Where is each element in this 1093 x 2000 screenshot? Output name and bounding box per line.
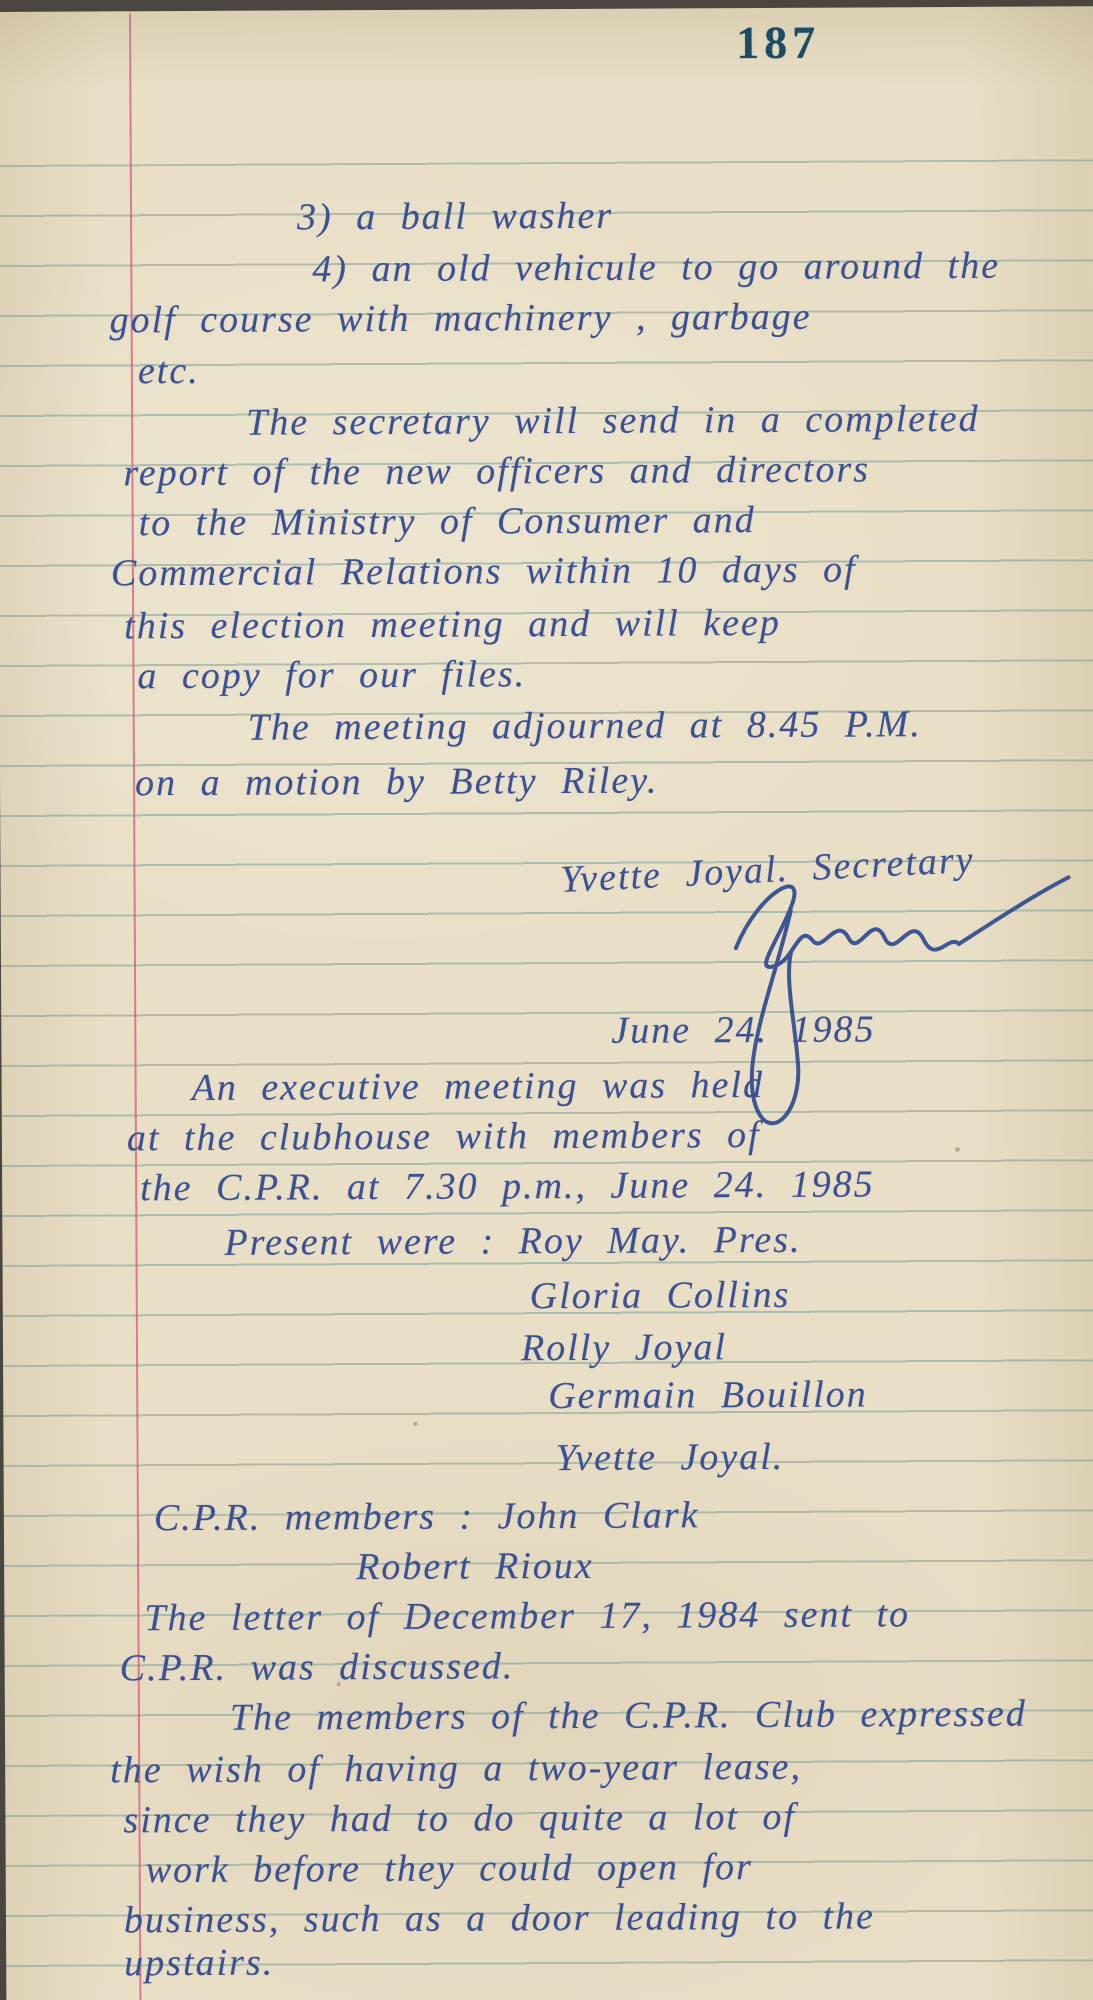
handwritten-line: An executive meeting was held bbox=[192, 1062, 765, 1111]
handwritten-line: this election meeting and will keep bbox=[124, 600, 781, 649]
paper-sheet: 187 3) a ball washer 4) an old vehicule … bbox=[0, 6, 1093, 2000]
handwritten-line: a copy for our files. bbox=[137, 651, 526, 699]
attendee-line: Present were : Roy May. Pres. bbox=[224, 1217, 801, 1266]
handwritten-line: the C.P.R. at 7.30 p.m., June 24. 1985 bbox=[140, 1161, 875, 1211]
handwritten-line: on a motion by Betty Riley. bbox=[135, 758, 659, 807]
handwritten-line: The secretary will send in a completed bbox=[246, 396, 980, 446]
attendee-line: Yvette Joyal. bbox=[555, 1434, 784, 1481]
handwritten-line: C.P.R. was discussed. bbox=[120, 1643, 515, 1691]
handwritten-line: upstairs. bbox=[124, 1940, 274, 1987]
handwritten-line: since they had to do quite a lot of bbox=[123, 1794, 796, 1844]
handwritten-line: 3) a ball washer bbox=[297, 193, 613, 241]
handwritten-line: to the Ministry of Consumer and bbox=[139, 497, 756, 546]
attendee-line: Robert Rioux bbox=[356, 1543, 594, 1590]
attendee-line: Germain Bouillon bbox=[548, 1371, 868, 1419]
scanned-notebook-page: 187 3) a ball washer 4) an old vehicule … bbox=[0, 0, 1093, 2000]
handwritten-line: work before they could open for bbox=[146, 1844, 753, 1893]
handwritten-line: the wish of having a two-year lease, bbox=[110, 1744, 802, 1794]
handwritten-line: The meeting adjourned at 8.45 P.M. bbox=[248, 701, 922, 751]
handwritten-line: golf course with machinery , garbage bbox=[109, 294, 811, 344]
handwritten-line: The members of the C.P.R. Club expressed bbox=[230, 1691, 1027, 1741]
paper-speck bbox=[413, 1422, 417, 1426]
attendee-line: C.P.R. members : John Clark bbox=[154, 1492, 700, 1541]
handwritten-line: Commercial Relations within 10 days of bbox=[111, 547, 857, 597]
handwritten-line: report of the new officers and directors bbox=[123, 446, 870, 496]
handwritten-line: etc. bbox=[138, 348, 200, 394]
page-number: 187 bbox=[736, 16, 820, 69]
attendee-line: Gloria Collins bbox=[530, 1272, 791, 1319]
handwritten-line: 4) an old vehicule to go around the bbox=[312, 243, 1000, 293]
paper-speck bbox=[337, 1682, 341, 1686]
handwritten-line: at the clubhouse with members of bbox=[127, 1112, 761, 1161]
date-heading: June 24. 1985 bbox=[611, 1006, 875, 1053]
handwritten-line: The letter of December 17, 1984 sent to bbox=[144, 1591, 910, 1641]
attendee-line: Rolly Joyal bbox=[521, 1324, 727, 1371]
handwritten-line: business, such as a door leading to the bbox=[124, 1893, 875, 1943]
paper-speck bbox=[955, 1147, 960, 1152]
